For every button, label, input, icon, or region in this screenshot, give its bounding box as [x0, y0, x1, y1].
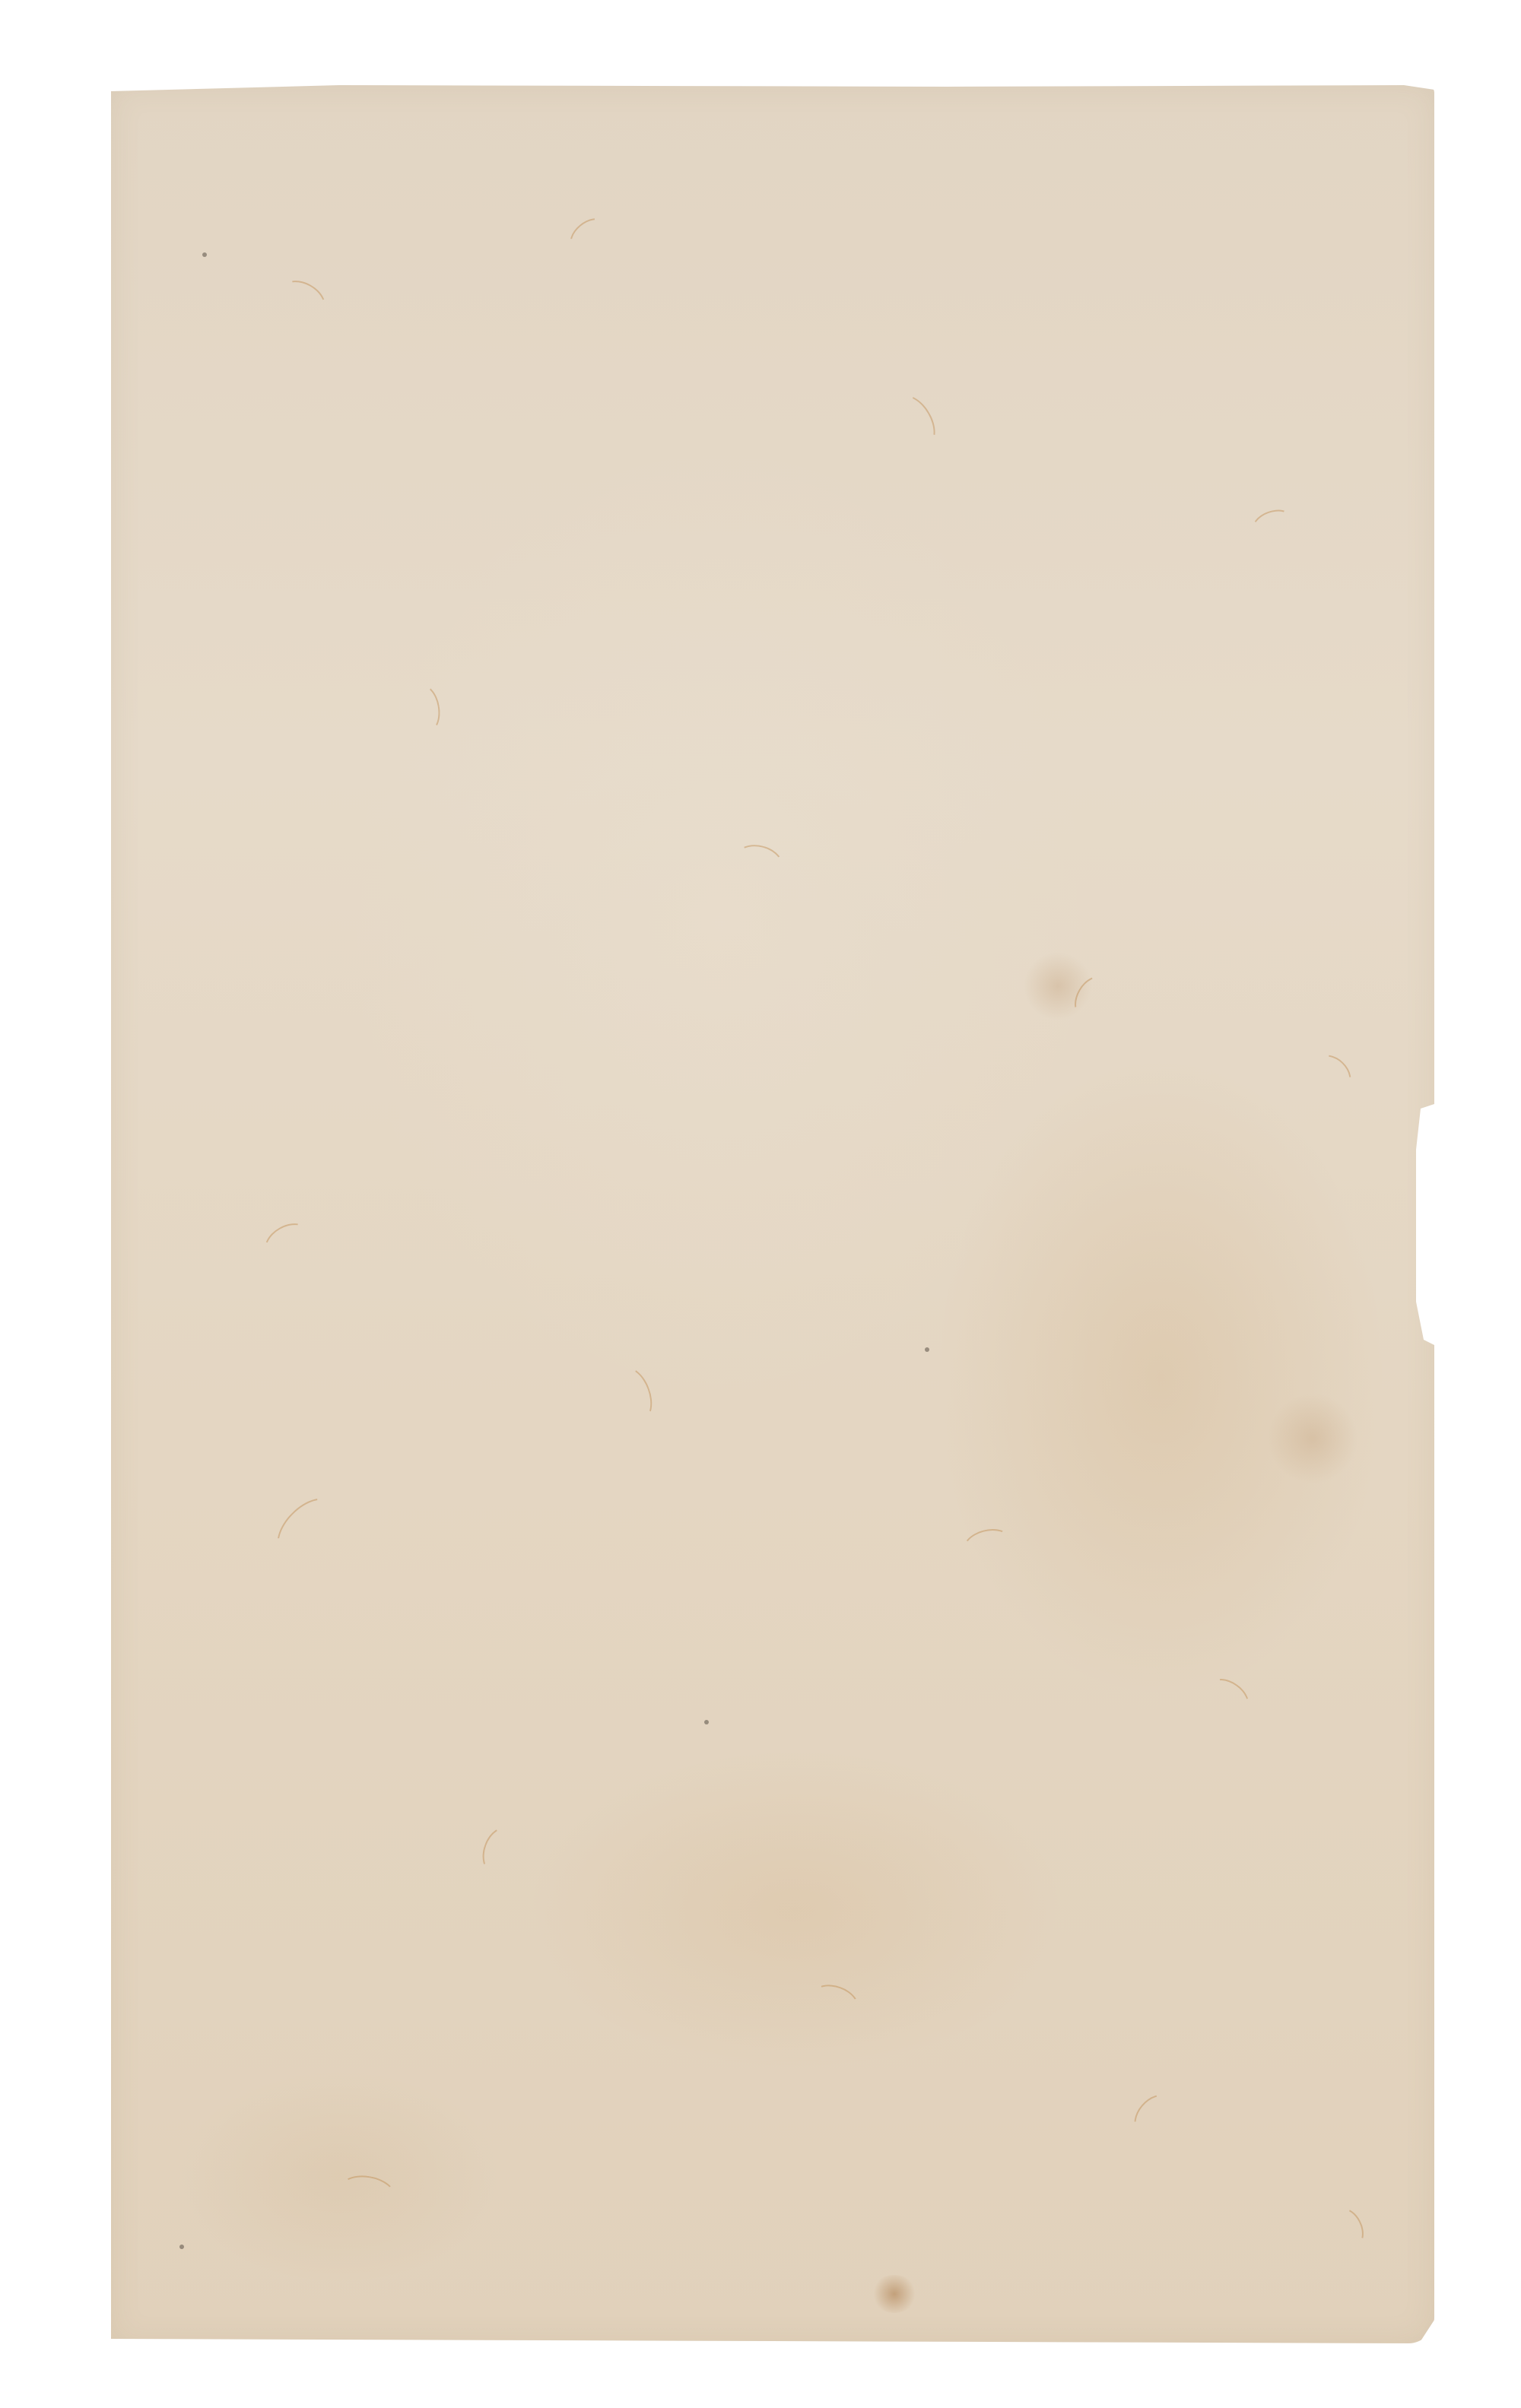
foxing-stain: [1267, 1393, 1358, 1484]
paper-fiber: [1327, 2203, 1369, 2252]
paper-fiber: [1308, 1048, 1357, 1097]
paper-fiber: [886, 389, 943, 454]
paper-speck: [925, 1347, 929, 1352]
paper-fiber: [807, 1978, 864, 2025]
image-canvas: [0, 0, 1521, 2408]
paper-speck: [179, 2245, 184, 2249]
paper-speck: [1252, 2351, 1256, 2356]
paper-fiber: [476, 1822, 524, 1879]
paper-fiber: [267, 1488, 347, 1568]
paper-fiber: [258, 1216, 316, 1269]
foxing-stain: [1024, 952, 1092, 1020]
paper-fiber: [1249, 505, 1296, 543]
paper-fiber: [405, 682, 444, 735]
paper-speck: [202, 252, 207, 257]
paper-speck: [704, 1720, 709, 1724]
blank-paper-sheet: [111, 85, 1434, 2343]
paper-fiber: [608, 1363, 659, 1427]
foxing-stain: [872, 2275, 917, 2313]
paper-fiber: [1127, 2088, 1178, 2141]
paper-fiber: [731, 839, 786, 884]
paper-fiber: [960, 1524, 1015, 1566]
paper-fiber: [564, 212, 611, 259]
paper-fiber: [337, 2172, 399, 2214]
paper-fiber: [273, 273, 332, 326]
paper-fiber: [1202, 1672, 1255, 1721]
